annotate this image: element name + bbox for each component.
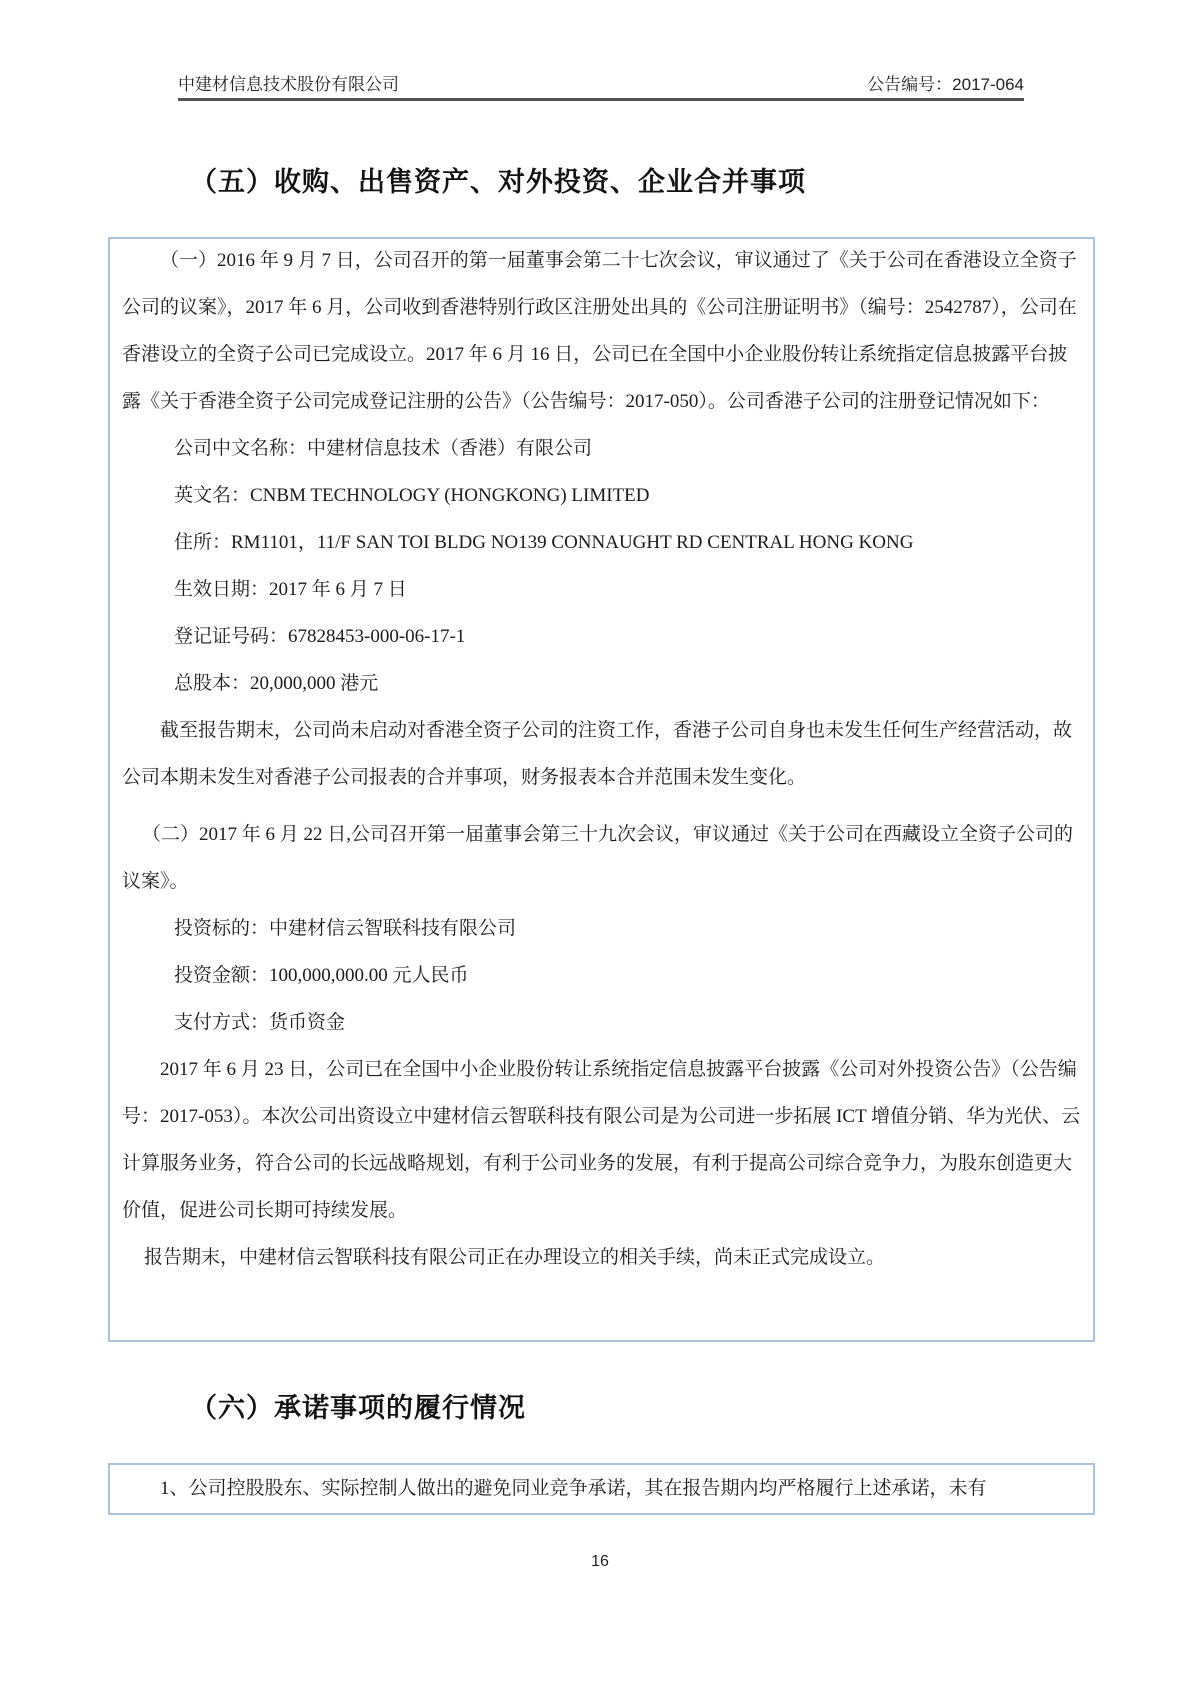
company-name: 中建材信息技术股份有限公司 [178,70,399,95]
tibet-detail-payment: 支付方式：货币资金 [122,999,1081,1046]
section-6-heading: （六）承诺事项的履行情况 [190,1386,526,1425]
header-divider [178,98,1024,101]
tibet-detail-amount: 投资金额：100,000,000.00 元人民币 [122,952,1081,999]
hk-detail-en-name: 英文名：CNBM TECHNOLOGY (HONGKONG) LIMITED [122,472,1081,519]
announcement-number: 公告编号：2017-064 [867,70,1024,95]
page-number: 16 [0,1553,1200,1571]
section-5-heading: （五）收购、出售资产、对外投资、企业合并事项 [190,160,806,199]
tibet-disclosure-paragraph: 2017 年 6 月 23 日，公司已在全国中小企业股份转让系统指定信息披露平台… [122,1046,1081,1234]
tibet-intro-paragraph: （二）2017 年 6 月 22 日,公司召开第一届董事会第三十九次会议，审议通… [122,811,1081,905]
commitment-item-1: 1、公司控股股东、实际控制人做出的避免同业竞争承诺，其在报告期内均严格履行上述承… [122,1465,1081,1513]
hk-detail-effective-date: 生效日期：2017 年 6 月 7 日 [122,566,1081,613]
hk-detail-cn-name: 公司中文名称：中建材信息技术（香港）有限公司 [122,425,1081,472]
page-header: 中建材信息技术股份有限公司 公告编号：2017-064 [178,70,1024,96]
section-6-box: 1、公司控股股东、实际控制人做出的避免同业竞争承诺，其在报告期内均严格履行上述承… [108,1463,1095,1515]
hk-detail-registration-no: 登记证号码：67828453-000-06-17-1 [122,613,1081,660]
tibet-detail-target: 投资标的：中建材信云智联科技有限公司 [122,905,1081,952]
section-5-box: （一）2016 年 9 月 7 日，公司召开的第一届董事会第二十七次会议，审议通… [108,237,1095,1342]
hk-status-paragraph: 截至报告期末，公司尚未启动对香港全资子公司的注资工作，香港子公司自身也未发生任何… [122,707,1081,801]
hk-intro-paragraph: （一）2016 年 9 月 7 日，公司召开的第一届董事会第二十七次会议，审议通… [122,237,1081,425]
hk-detail-address: 住所：RM1101，11/F SAN TOI BLDG NO139 CONNAU… [122,519,1081,566]
tibet-status-paragraph: 报告期末，中建材信云智联科技有限公司正在办理设立的相关手续，尚未正式完成设立。 [122,1234,1081,1281]
hk-detail-capital: 总股本：20,000,000 港元 [122,660,1081,707]
